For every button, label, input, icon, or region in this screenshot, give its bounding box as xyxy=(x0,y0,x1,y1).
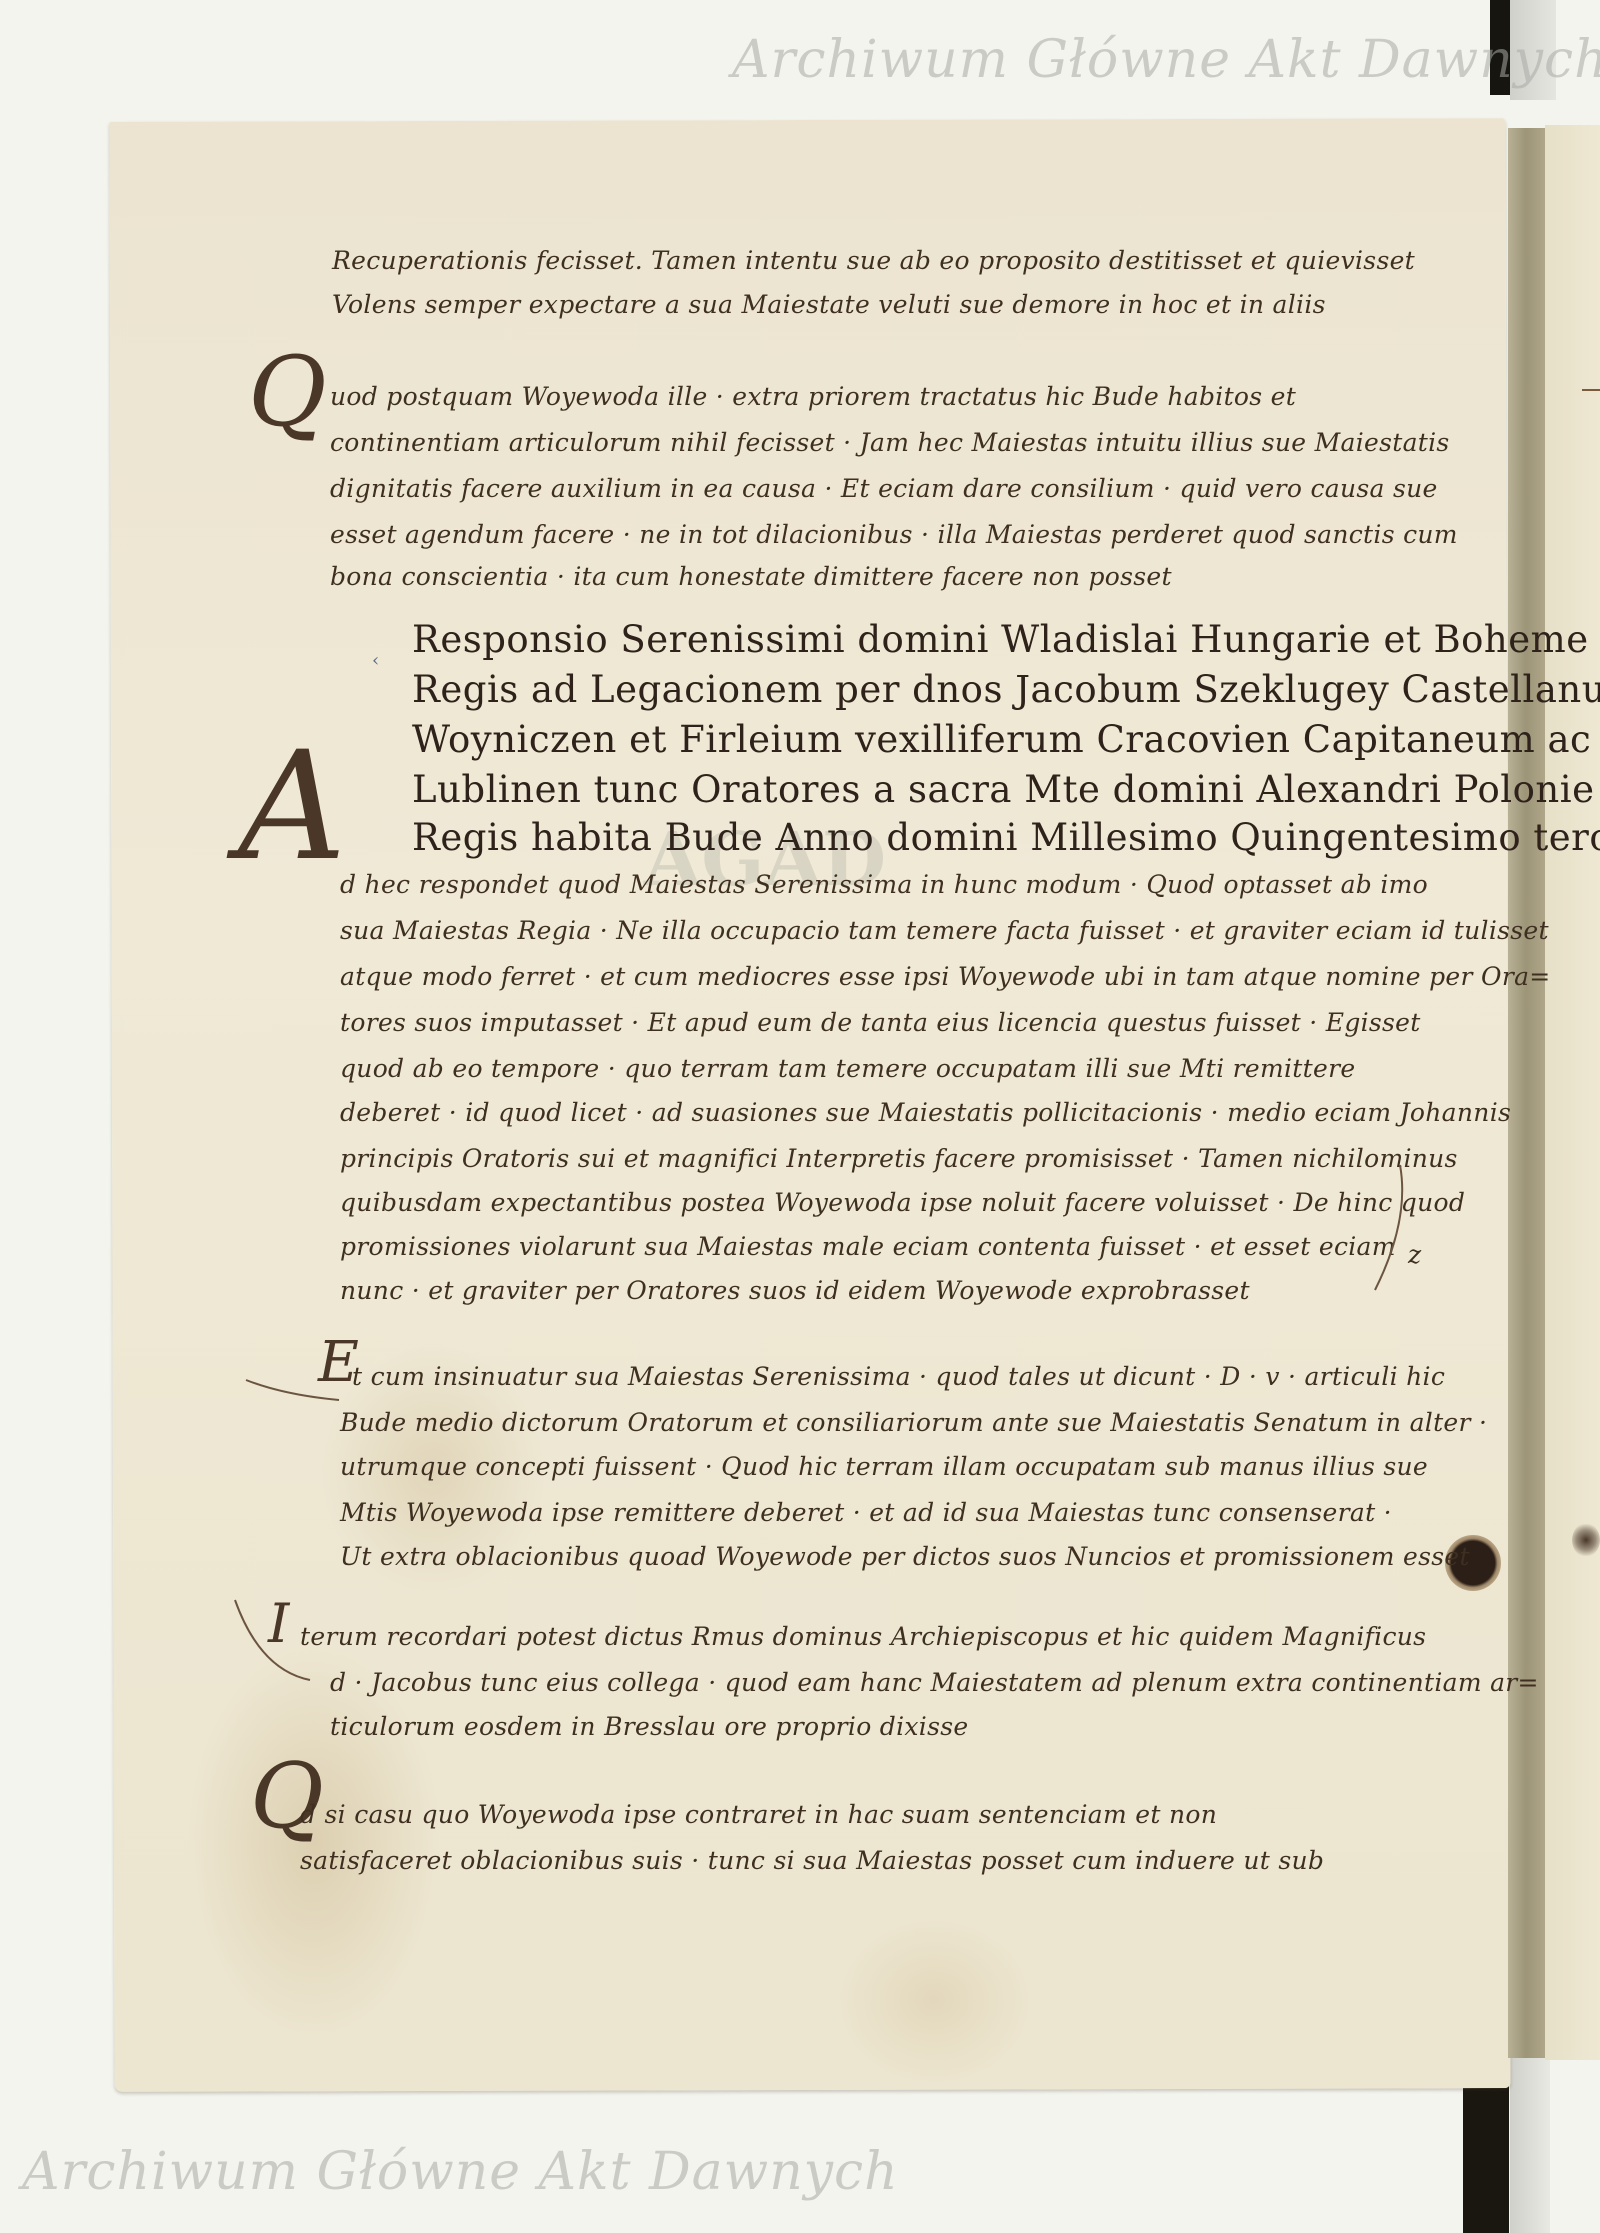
initial-flourish xyxy=(244,1370,344,1420)
heading-line: Woyniczen et Firleium vexilliferum Craco… xyxy=(412,718,1591,761)
manuscript-line: Recuperationis fecisset. Tamen intentu s… xyxy=(332,246,1415,275)
manuscript-line: satisfaceret oblacionibus suis · tunc si… xyxy=(300,1846,1324,1875)
manuscript-line: sua Maiestas Regia · Ne illa occupacio t… xyxy=(340,916,1549,945)
manuscript-line: uod postquam Woyewoda ille · extra prior… xyxy=(330,382,1296,411)
manuscript-line: d · Jacobus tunc eius collega · quod eam… xyxy=(330,1668,1539,1697)
archive-watermark-top: Archiwum Główne Akt Dawnych xyxy=(732,30,1600,90)
manuscript-line: utrumque concepti fuissent · Quod hic te… xyxy=(340,1452,1428,1481)
heading-line: Regis habita Bude Anno domini Millesimo … xyxy=(412,816,1600,859)
manuscript-line: Bude medio dictorum Oratorum et consilia… xyxy=(340,1408,1487,1437)
manuscript-line: deberet · id quod licet · ad suasiones s… xyxy=(340,1098,1511,1127)
manuscript-line: esset agendum facere · ne in tot dilacio… xyxy=(330,520,1458,549)
manuscript-line: quibusdam expectantibus postea Woyewoda … xyxy=(340,1188,1465,1217)
heading-line: Responsio Serenissimi domini Wladislai H… xyxy=(412,618,1589,661)
manuscript-line: nunc · et graviter per Oratores suos id … xyxy=(340,1276,1250,1305)
manuscript-line: Volens semper expectare a sua Maiestate … xyxy=(332,290,1326,319)
manuscript-line: continentiam articulorum nihil fecisset … xyxy=(330,428,1450,457)
book-gutter xyxy=(1508,128,1548,2058)
manuscript-line: d si casu quo Woyewoda ipse contraret in… xyxy=(300,1800,1217,1829)
heading-line: Lublinen tunc Oratores a sacra Mte domin… xyxy=(412,768,1594,811)
decorated-initial-q: Q xyxy=(250,1744,324,1849)
facing-page-edge xyxy=(1545,125,1600,2060)
manuscript-line: tores suos imputasset · Et apud eum de t… xyxy=(340,1008,1421,1037)
facing-page-margin-mark xyxy=(1582,389,1600,391)
initial-flourish xyxy=(230,1580,320,1710)
margin-mark: ‹ xyxy=(372,650,379,671)
manuscript-line: promissiones violarunt sua Maiestas male… xyxy=(340,1232,1396,1261)
decorated-initial-q: Q xyxy=(248,336,327,448)
manuscript-line: Mtis Woyewoda ipse remittere deberet · e… xyxy=(340,1498,1392,1527)
manuscript-line: t cum insinuatur sua Maiestas Serenissim… xyxy=(352,1362,1445,1391)
manuscript-line: Ut extra oblacionibus quoad Woyewode per… xyxy=(340,1542,1470,1571)
manuscript-line: quod ab eo tempore · quo terram tam teme… xyxy=(340,1054,1355,1083)
decorated-initial-a: A xyxy=(238,720,346,894)
heading-line: Regis ad Legacionem per dnos Jacobum Sze… xyxy=(412,668,1600,711)
manuscript-line: d hec respondet quod Maiestas Serenissim… xyxy=(340,870,1428,899)
right-margin-mark: z xyxy=(1408,1240,1421,1269)
manuscript-line: bona conscientia · ita cum honestate dim… xyxy=(330,562,1172,591)
archive-watermark-bottom: Archiwum Główne Akt Dawnych xyxy=(22,2142,899,2202)
margin-flourish xyxy=(1370,1160,1410,1300)
manuscript-line: dignitatis facere auxilium in ea causa ·… xyxy=(330,474,1438,503)
manuscript-line: principis Oratoris sui et magnifici Inte… xyxy=(340,1144,1458,1173)
manuscript-line: atque modo ferret · et cum mediocres ess… xyxy=(340,962,1551,991)
facing-page-ink-blot xyxy=(1572,1523,1600,1557)
manuscript-line: terum recordari potest dictus Rmus domin… xyxy=(300,1622,1426,1651)
manuscript-line: ticulorum eosdem in Bresslau ore proprio… xyxy=(330,1712,968,1741)
